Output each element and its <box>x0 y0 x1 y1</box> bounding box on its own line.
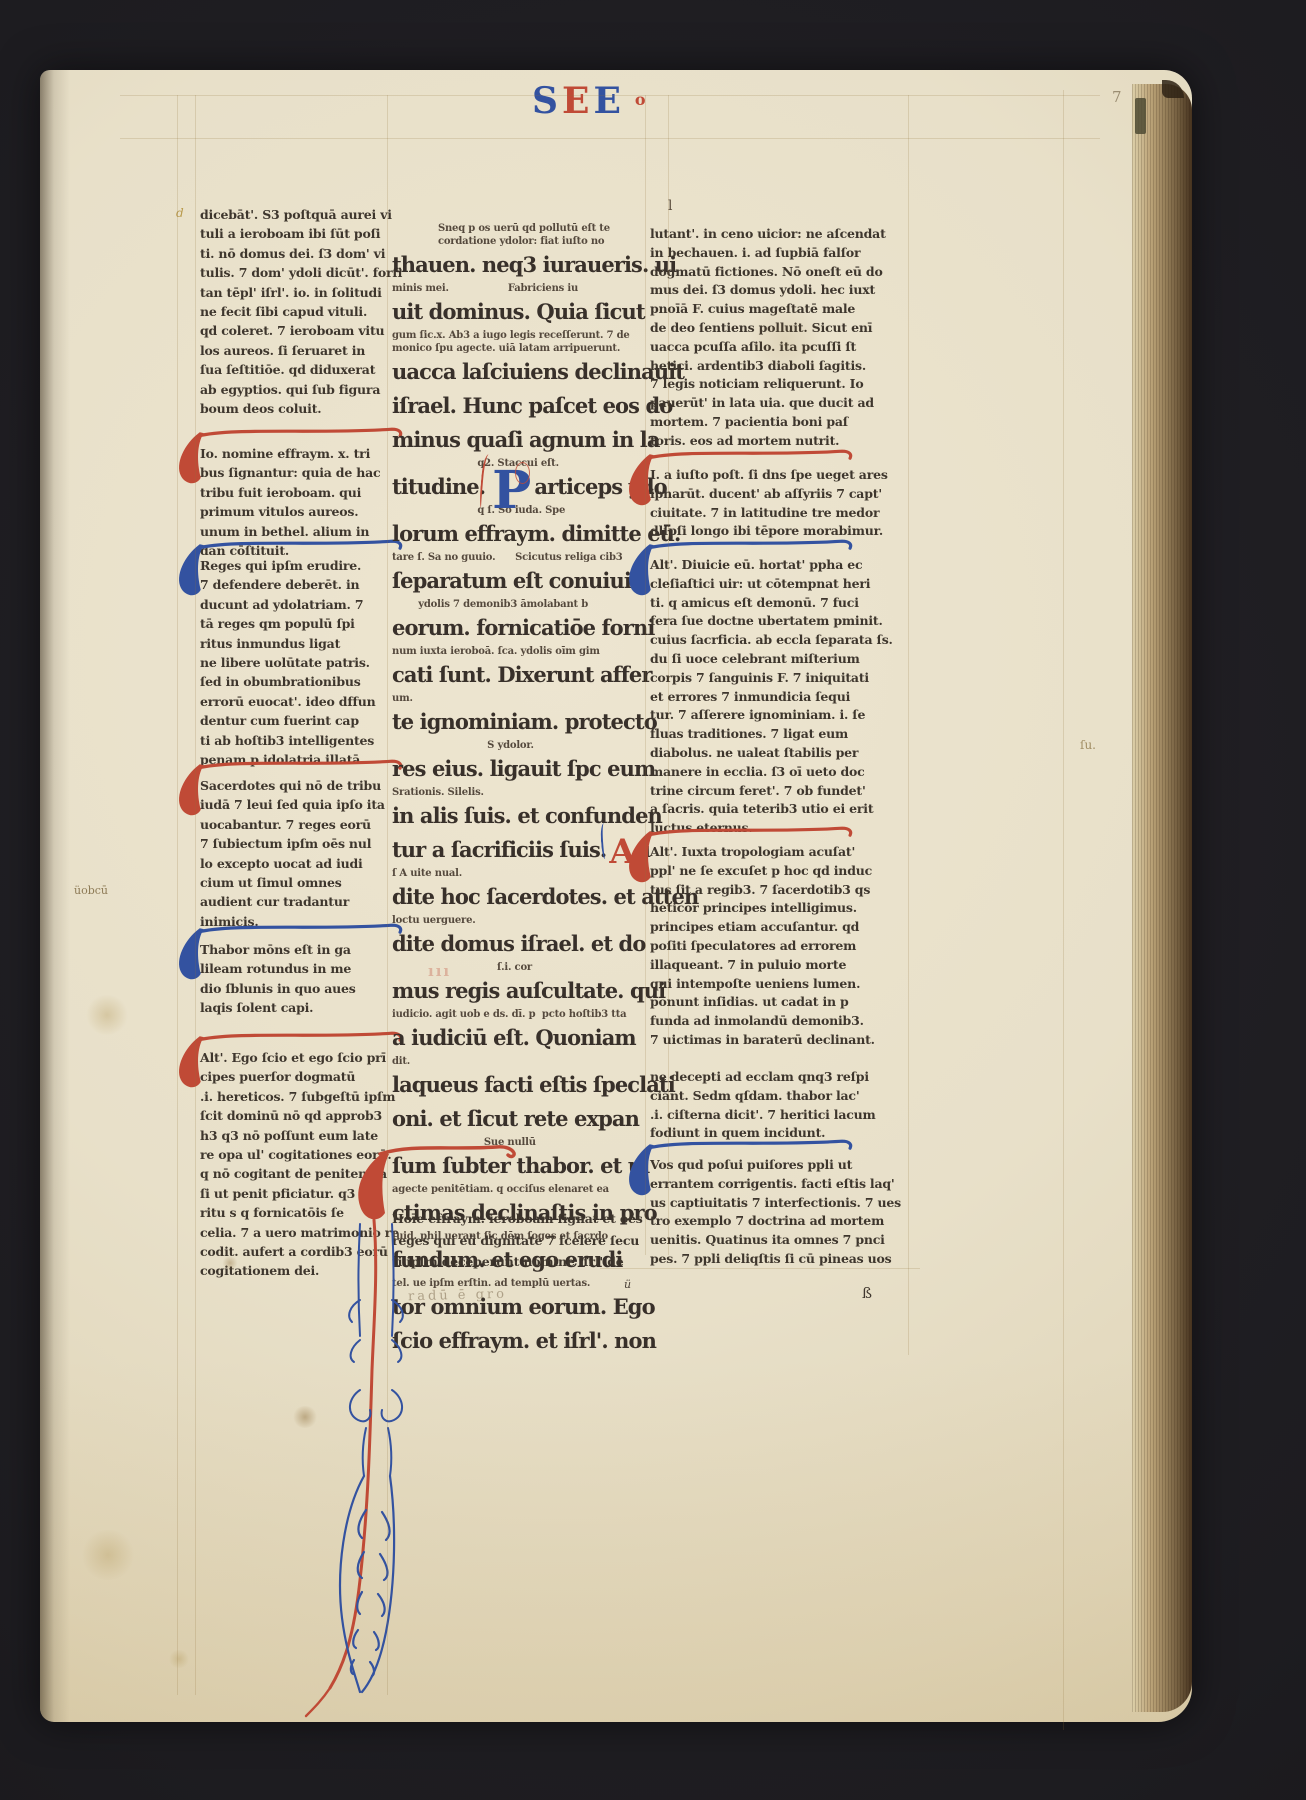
gloss-block: lutant'. in ceno uicior: ne aſcendatin b… <box>650 225 916 451</box>
scripture-line: a iudiciū eſt. Quoniam <box>392 1021 648 1055</box>
text-line: errorū euocat'. ideo dffun <box>200 692 380 711</box>
ruling-line-horizontal <box>600 1268 920 1269</box>
text-line: et errores 7 inmundicia ſequi <box>650 688 916 707</box>
text-line: pnoīā F. cuius mageſtatē male <box>650 300 916 319</box>
gloss-block-lines: Alt'. Diuicie eū. hortat' ppha eccleſiaſ… <box>650 556 916 838</box>
paraph-mark-blue <box>620 536 858 598</box>
text-line: in bechauen. i. ad ſupbiā falſor <box>650 244 916 263</box>
text-line: illaqueant. 7 in puluio morte <box>650 956 916 975</box>
running-title-letter: E <box>562 80 593 122</box>
paraph-mark-blue <box>620 1136 858 1198</box>
text-line: ſed in obumbrationibus <box>200 672 380 691</box>
fore-edge-corner <box>1162 80 1184 98</box>
ruling-line-vertical <box>387 95 388 1695</box>
scripture-line: minus quaſi agnum in la <box>392 423 648 457</box>
gloss-block-lines: ne decepti ad ecclam qnq3 reſpiciant. Se… <box>650 1068 916 1143</box>
text-line: cium ut ſimul omnes <box>200 873 380 892</box>
text-line: trine circum feret'. 7 ob fundet' <box>650 782 916 801</box>
text-line: ne fecit ſibi capud vituli. <box>200 302 380 321</box>
text-line: lo excepto uocat ad iudi <box>200 854 380 873</box>
text-line: ab egyptios. qui ſub figura <box>200 380 380 399</box>
text-line: qd coleret. 7 ieroboam vitu <box>200 321 380 340</box>
text-line: .i. ciſterna dicit'. 7 heritici lacum <box>650 1106 916 1125</box>
gloss-block: Sacerdotes qui nō de tribuiudā 7 leui ſe… <box>200 760 380 931</box>
scripture-line-with-initial: tur a ſacrificiis ſuis.Au <box>392 833 648 867</box>
text-line: heticor principes intelligimus. <box>650 899 916 918</box>
gloss-block: dicebāt'. S3 poſtquā aurei vituli a iero… <box>200 205 380 418</box>
interlinear-gloss-line: cordatione ydolor: fiat iuſto no <box>392 236 648 248</box>
right-margin-note: ſu. <box>1080 738 1096 752</box>
text-line: cuius ſacrficia. ab eccla ſeparata ſs. <box>650 631 916 650</box>
ruling-line-vertical <box>645 95 646 1255</box>
interlinear-gloss-line: Srationis. Silelis. <box>392 787 648 799</box>
interlinear-gloss-line: ſ.i. cor <box>392 962 648 974</box>
paraph-mark-red <box>170 424 408 486</box>
interlinear-gloss-line: S ydolor. <box>392 740 648 752</box>
ruling-line-vertical <box>195 95 196 1695</box>
interlinear-gloss-line: iudicio. agit uob e ds. dī. p pcto hoſti… <box>392 1009 648 1021</box>
gloss-block: ne decepti ad ecclam qnq3 reſpiciant. Se… <box>650 1068 916 1143</box>
scripture-line: uacca laſciuiens declinauit <box>392 355 648 389</box>
book-fore-edge <box>1132 84 1192 1712</box>
scripture-line: cati ſunt. Dixerunt affer <box>392 658 648 692</box>
text-line: ſua ſeſtitiōe. qd diduxerat <box>200 360 380 379</box>
text-line: 7 ſubiectum ipſm oēs nul <box>200 834 380 853</box>
text-line: 7 legis noticiam reliquerunt. Io <box>650 375 916 394</box>
paraph-mark-red <box>170 756 408 818</box>
text-line: mus dei. ſ3 domus ydoli. hec iuxt <box>650 281 916 300</box>
left-margin-note: üobcū <box>74 884 108 897</box>
text-line: tulis. 7 dom' ydoli dicūt'. forſi <box>200 263 380 282</box>
gloss-block-lines: dicebāt'. S3 poſtquā aurei vituli a iero… <box>200 205 380 418</box>
gloss-block-lines: lutant'. in ceno uicior: ne aſcendatin b… <box>650 225 916 451</box>
stain <box>168 1650 190 1668</box>
stain <box>80 1530 136 1580</box>
text-line: corpis 7 ſanguinis F. 7 iniquitati <box>650 669 916 688</box>
text-line: ne libere uolūtate patris. <box>200 653 380 672</box>
text-line: diabolus. ne ualeat ſtabilis per <box>650 744 916 763</box>
text-line: hetici. ardentib3 diaboli ſagitis. <box>650 357 916 376</box>
text-line: fluas traditiones. 7 ligat eum <box>650 725 916 744</box>
text-line: principes etiam accuſantur. qd <box>650 918 916 937</box>
interlinear-gloss-line: monico ſpu agecte. uiā latam arripuerunt… <box>392 343 648 355</box>
text-line: primum vitulos aureos. <box>200 502 380 521</box>
running-title-dot: o <box>635 90 650 109</box>
ruling-line-vertical <box>177 95 178 1695</box>
text-line: laqis ſolent capi. <box>200 998 380 1017</box>
text-line: a ſacris. quia teterib3 utio ei erit <box>650 800 916 819</box>
stain <box>85 995 129 1035</box>
text-line: tan tēpl' iſrl'. io. in ſolitudi <box>200 283 380 302</box>
text-line: boum deos coluit. <box>200 399 380 418</box>
interlinear-gloss-line: tare ſ. Sa no guuio. Scicutus religa cib… <box>392 552 648 564</box>
text-line: lutant'. in ceno uicior: ne aſcendat <box>650 225 916 244</box>
ruling-line-vertical <box>1063 90 1064 1730</box>
text-line: de deo ſentiens polluit. Sicut enī <box>650 319 916 338</box>
gloss-block: Vos qud poſui puiſores ppli uterrantem c… <box>650 1140 916 1269</box>
text-line: ne decepti ad ecclam qnq3 reſpi <box>650 1068 916 1087</box>
text-line: audient cur tradantur <box>200 892 380 911</box>
text-line: fera ſue doctne ubertatem pminit. <box>650 612 916 631</box>
gloss-block: I. a iuſto poſt. ſi dns ſpe ueget aresip… <box>650 450 916 541</box>
interlinear-gloss-line: num iuxta ieroboā. ſca. ydolis oīm gim <box>392 646 648 658</box>
ruling-line-vertical <box>668 95 669 1255</box>
text-line: ſcit dominū nō qd approb3 <box>200 1106 380 1125</box>
interlinear-gloss-line: um. <box>392 693 648 705</box>
text-line: tā reges qm populū ſpi <box>200 614 380 633</box>
scripture-line: mus regis auſcultate. qui <box>392 974 648 1008</box>
scripture-line: thauen. neq3 iuraueris. ui <box>392 248 648 282</box>
text-line: dicebāt'. S3 poſtquā aurei vi <box>200 205 380 224</box>
scripture-line: uit dominus. Quia ſicut <box>392 295 648 329</box>
scripture-line-with-initial: titudine.Particeps ydo <box>392 470 648 504</box>
ruling-line-horizontal <box>120 95 1100 96</box>
text-line: ciant. Sedm qſdam. thabor lac' <box>650 1087 916 1106</box>
decorated-initial-p: P <box>485 470 534 504</box>
text-line: pes. 7 ppli deliqſtis ſi cū pineas uos <box>650 1250 916 1269</box>
interlinear-gloss-line: minis mei. Fabriciens iu <box>392 283 648 295</box>
text-line: du ſi uoce celebrant miſterium <box>650 650 916 669</box>
text-line: dentur cum fuerint cap <box>200 711 380 730</box>
pen-flourish-descender <box>300 1140 560 1730</box>
text-line: poſiti ſpeculatores ad errorem <box>650 937 916 956</box>
gloss-block: Thabor mōns eſt in galileam rotundus in … <box>200 924 380 1018</box>
folio-number: 7 <box>1112 88 1122 106</box>
running-title: SEEo <box>532 80 650 122</box>
text-line: pauerūt' in lata uia. que ducit ad <box>650 394 916 413</box>
scripture-line: lorum effraym. dimitte eū. <box>392 517 648 551</box>
fore-edge-mark <box>1135 98 1146 134</box>
interlinear-gloss-line: Sneq p os uerū qd pollutū eſt te <box>392 223 648 235</box>
text-line: dogmatū fictiones. Nō oneſt eū do <box>650 263 916 282</box>
paraph-mark-red <box>620 446 858 508</box>
scripture-line: iſrael. Hunc paſcet eos do <box>392 389 648 423</box>
interlinear-gloss-line: dit. <box>392 1056 648 1068</box>
gloss-block: Alt'. Iuxta tropologiam acuſat'ppl' ne ſ… <box>650 827 916 1050</box>
text-line: ti ab hoſtib3 intelligentes <box>200 731 380 750</box>
text-line: manere in ecclia. ſ3 oī ueto doc <box>650 763 916 782</box>
paraph-mark-red <box>620 823 858 885</box>
scripture-line: res eius. ligauit ſpc eum <box>392 752 648 786</box>
text-line: uacca pcuſſa aſilo. ita pcuſſi ſt <box>650 338 916 357</box>
scripture-line: oni. et ſicut rete expan <box>392 1102 648 1136</box>
interlinear-gloss-line: loctu uerguere. <box>392 915 648 927</box>
interlinear-gloss-line: ydolis 7 demonib3 āmolabant b <box>392 599 648 611</box>
scripture-line: dite domus iſrael. et do <box>392 927 648 961</box>
scripture-line: laqueus facti eſtis ſpeclati <box>392 1068 648 1102</box>
paraph-mark-blue <box>170 536 408 598</box>
text-line: los aureos. ſi ſeruaret in <box>200 341 380 360</box>
running-title-letter: S <box>532 80 562 122</box>
ruling-line-horizontal <box>120 138 1100 139</box>
running-title-letter: E <box>593 80 624 122</box>
text-line: tro exemplo 7 doctrina ad mortem <box>650 1212 916 1231</box>
gloss-block: Reges qui ipſm erudire.7 defendere deber… <box>200 540 380 769</box>
interlinear-gloss-line: gum ſic.x. Ab3 a iugo legis receſſerunt.… <box>392 330 648 342</box>
paraph-mark-red <box>170 1028 408 1090</box>
photograph-background: SEEo 7 l d üobcū ſu. radū ē gro ü ß ııı … <box>0 0 1306 1800</box>
text-line: tuli a ieroboam ibi ſūt poſi <box>200 224 380 243</box>
scripture-line: ſeparatum eſt conuiuiū <box>392 564 648 598</box>
text-line: qui intempoſte ueniens lumen. <box>650 975 916 994</box>
scripture-line: eorum. fornicatiōe forni <box>392 611 648 645</box>
text-line: ritus inmundus ligat <box>200 634 380 653</box>
text-line: tur. 7 aſſerere ignominiam. i. ſe <box>650 706 916 725</box>
text-line: mortem. 7 pacientia boni paſ <box>650 413 916 432</box>
text-line: ti. nō domus dei. ſ3 dom' vi <box>200 244 380 263</box>
text-line: funda ad inmolandū demonib3. <box>650 1012 916 1031</box>
text-line: ponunt inſidias. ut cadat in p <box>650 993 916 1012</box>
manuscript-page: SEEo 7 l d üobcū ſu. radū ē gro ü ß ııı … <box>40 70 1192 1722</box>
text-line: 7 uictimas in baraterū declinant. <box>650 1031 916 1050</box>
paraph-mark-blue <box>170 920 408 982</box>
scripture-line: in alis ſuis. et confunden <box>392 799 648 833</box>
text-segment: titudine. <box>392 474 485 499</box>
ruling-line-vertical <box>908 95 909 1355</box>
gloss-block: Alt'. Diuicie eū. hortat' ppha eccleſiaſ… <box>650 540 916 838</box>
scripture-line: te ignominiam. protecto <box>392 705 648 739</box>
right-text-column: lutant'. in ceno uicior: ne aſcendatin b… <box>650 70 916 1722</box>
scripture-line: dite hoc ſacerdotes. et atten <box>392 880 648 914</box>
text-line: uenitis. Quatinus ita omnes 7 pnci <box>650 1231 916 1250</box>
text-segment: tur a ſacrificiis ſuis. <box>392 837 606 862</box>
